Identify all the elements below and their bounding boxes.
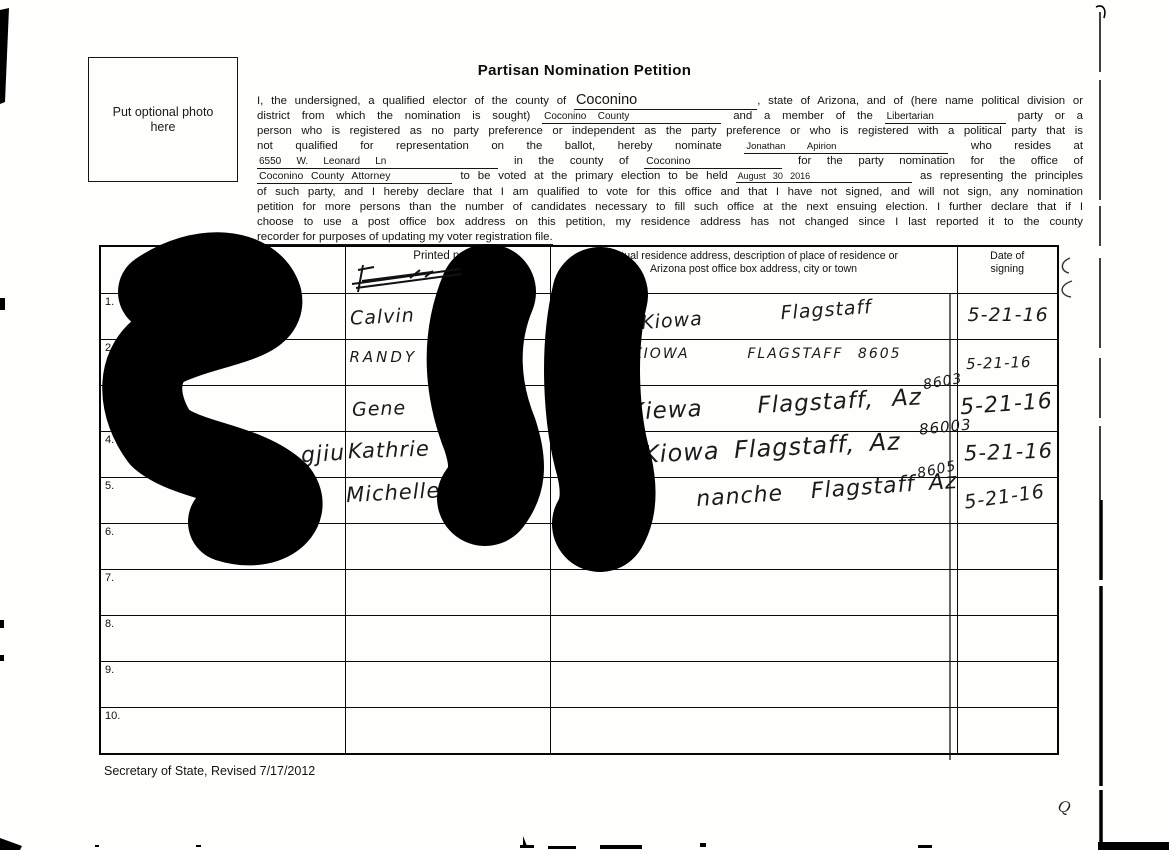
header-row: Signature Printed name Actual residence … [100, 246, 1058, 294]
table-row: 6. [100, 524, 1058, 570]
printed-name-cell: Kathrie [345, 432, 550, 478]
table-row: 3. Gene Kiewa Flagstaff, Az8603 5-21-16 [100, 386, 1058, 432]
scan-edge-marks-bottom [0, 836, 932, 850]
text-segment: not qualified for representation on the … [257, 140, 744, 152]
stray-pen-mark: Q [1056, 797, 1072, 817]
row-number: 7. [105, 572, 114, 584]
printed-name-handwriting: Calvin [349, 304, 415, 329]
county-field: Coconino [574, 92, 757, 110]
printed-name-cell: Gene [345, 386, 550, 432]
residence-address-field: 6550 W. Leonard Ln [257, 156, 498, 169]
col-header-printed-name: Printed name [345, 246, 550, 294]
office-field: Coconino County Attorney [257, 170, 452, 184]
text-segment: of such party, and I hereby declare that… [257, 186, 1083, 198]
nominee-field: Jonathan Apirion [744, 141, 948, 154]
footer-text: Secretary of State, Revised 7/17/2012 [104, 764, 315, 778]
date-cell [957, 662, 1058, 708]
scanned-petition-page: Put optional photo here Partisan Nominat… [0, 0, 1169, 850]
petition-line-9: choose to use a post office box address … [257, 215, 1083, 230]
table-row: 4.gjiu Kathrie Kiowa Flagstaff, Az86003 … [100, 432, 1058, 478]
row-number: 2. [105, 342, 114, 354]
row-number: 3. [105, 388, 114, 400]
printed-name-handwriting: Kathrie [347, 437, 430, 464]
date-cell [957, 524, 1058, 570]
text-segment: for the party nomination for the office … [782, 155, 1083, 167]
table-row: 5.lly p Michelle M nanche Flagstaff Az86… [100, 478, 1058, 524]
row-number: 1. [105, 296, 114, 308]
petition-line-2: district from which the nomination is so… [257, 109, 1083, 124]
row-number: 4. [105, 434, 114, 446]
signature-cell: 3. [100, 386, 345, 432]
date-cell: 5-21-16 [957, 386, 1058, 432]
text-segment: party or a [1006, 110, 1083, 122]
petition-line-1: I, the undersigned, a qualified elector … [257, 93, 1083, 109]
address-cell [550, 524, 957, 570]
date-handwriting: 5-21-16 [959, 389, 1053, 420]
printed-name-cell [345, 616, 550, 662]
address-cell: nanche Flagstaff Az8605 [550, 478, 957, 524]
address-cell: KIOWA FLAGSTAFF 8605 [550, 340, 957, 386]
printed-name-cell [345, 570, 550, 616]
text-segment: as representing the principles [912, 170, 1083, 182]
date-handwriting: 5-21-16 [968, 304, 1049, 326]
signature-cell: 4.gjiu [100, 432, 345, 478]
date-cell: 5-21-16 [957, 478, 1058, 524]
printed-name-cell: RANDY [345, 340, 550, 386]
row-number: 8. [105, 618, 114, 630]
address-cell [550, 708, 957, 755]
text-segment: recorder for purposes of updating my vot… [257, 231, 553, 245]
scan-edge-mark-top-left [0, 8, 9, 104]
text-segment: I, the undersigned, a qualified elector … [257, 95, 574, 107]
signature-cell: 9. [100, 662, 345, 708]
text-segment: person who is registered as no party pre… [257, 125, 1083, 137]
text-segment: to be voted at the primary election to b… [452, 170, 735, 182]
date-cell: 5-21-16 [957, 432, 1058, 478]
table-row: 1. Calvin Kiowa Flagstaff 5-21-16 [100, 294, 1058, 340]
printed-name-cell [345, 708, 550, 755]
petition-line-8: petition for more persons than the numbe… [257, 200, 1083, 215]
signature-cell: 10. [100, 708, 345, 755]
address-cell: Kiowa Flagstaff [550, 294, 957, 340]
row-number: 10. [105, 710, 120, 722]
col-header-address: Actual residence address, description of… [550, 246, 957, 294]
address-cell: Kiowa Flagstaff, Az86003 [550, 432, 957, 478]
signature-cell: 1. [100, 294, 345, 340]
text-segment: in the county of [498, 155, 644, 167]
text-segment: who resides at [948, 140, 1083, 152]
printed-name-cell: Calvin [345, 294, 550, 340]
scan-edge-hook-top-right [1096, 6, 1105, 18]
petition-paragraph: I, the undersigned, a qualified elector … [257, 93, 1083, 245]
table-row: 7. [100, 570, 1058, 616]
election-date-field: August 30 2016 [736, 171, 913, 183]
date-handwriting: 5-21-16 [962, 480, 1045, 513]
table-row: 2. RANDY KIOWA FLAGSTAFF 8605 5-21-16 [100, 340, 1058, 386]
date-cell: 5-21-16 [957, 340, 1058, 386]
date-cell [957, 616, 1058, 662]
text-segment: , state of Arizona, and of (here name po… [757, 95, 1083, 107]
text-segment: district from which the nomination is so… [257, 110, 542, 122]
scan-edge-tick [0, 620, 4, 628]
page-title: Partisan Nomination Petition [0, 62, 1169, 79]
printed-name-cell [345, 662, 550, 708]
signature-cell: 2. [100, 340, 345, 386]
scan-edge-corner-bottom-right [1098, 842, 1169, 850]
address-handwriting: Kiowa Flagstaff [640, 296, 872, 334]
signature-cell: 7. [100, 570, 345, 616]
petition-line-6: Coconino County Attorney to be voted at … [257, 169, 1083, 184]
row-number: 5. [105, 480, 114, 492]
address-handwriting: Kiowa Flagstaff, Az [642, 427, 901, 468]
signature-cell: 8. [100, 616, 345, 662]
date-cell [957, 708, 1058, 755]
signature-handwriting: lly p [234, 474, 293, 509]
row-number: 6. [105, 526, 114, 538]
scan-edge-tick [0, 298, 5, 310]
division-field: Coconino County [542, 111, 721, 124]
address-cell: Kiewa Flagstaff, Az8603 [550, 386, 957, 432]
address-handwriting: KIOWA FLAGSTAFF 8605 [633, 346, 902, 362]
printed-name-handwriting: Michelle M [345, 477, 467, 507]
text-segment: and a member of the [721, 110, 884, 122]
col-header-date: Date ofsigning [957, 246, 1058, 294]
date-cell: 5-21-16 [957, 294, 1058, 340]
printed-name-handwriting: RANDY [350, 348, 418, 366]
col-header-signature: Signature [100, 246, 345, 294]
address-handwriting: Kiewa Flagstaff, Az [628, 384, 922, 425]
address-cell [550, 616, 957, 662]
row-number: 9. [105, 664, 114, 676]
photo-box-label: Put optional photo here [108, 105, 218, 135]
table-row: 10. [100, 708, 1058, 755]
address-cell [550, 662, 957, 708]
text-segment: petition for more persons than the numbe… [257, 201, 1083, 213]
table-row: 8. [100, 616, 1058, 662]
printed-name-cell [345, 524, 550, 570]
petition-line-7: of such party, and I hereby declare that… [257, 185, 1083, 200]
petition-line-10: recorder for purposes of updating my vot… [257, 230, 1083, 245]
petition-line-4: not qualified for representation on the … [257, 139, 1083, 154]
date-handwriting: 5-21-16 [965, 353, 1031, 373]
date-handwriting: 5-21-16 [963, 438, 1053, 465]
printed-name-cell: Michelle M [345, 478, 550, 524]
county-of-residence-field: Coconino [644, 155, 782, 169]
signature-handwriting: gjiu [300, 440, 346, 468]
petition-line-5: 6550 W. Leonard Ln in the county of Coco… [257, 154, 1083, 169]
printed-name-handwriting: Gene [351, 397, 406, 421]
signature-cell: 6. [100, 524, 345, 570]
table-row: 9. [100, 662, 1058, 708]
signatures-table: Signature Printed name Actual residence … [99, 245, 1059, 755]
date-cell [957, 570, 1058, 616]
petition-line-3: person who is registered as no party pre… [257, 124, 1083, 139]
signature-cell: 5.lly p [100, 478, 345, 524]
text-segment: choose to use a post office box address … [257, 216, 1083, 228]
stray-pen-squiggle-right [1062, 258, 1072, 297]
scan-edge-tick [0, 655, 4, 661]
party-field: Libertarian [885, 111, 1006, 124]
address-cell [550, 570, 957, 616]
